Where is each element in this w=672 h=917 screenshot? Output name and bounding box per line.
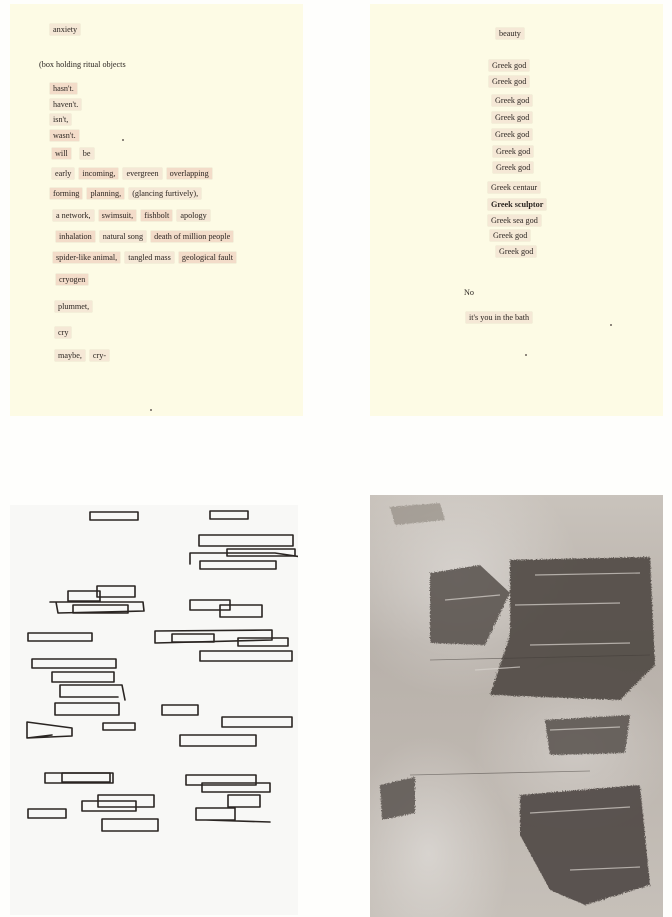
clip-greek-9: Greek sculptor: [488, 199, 549, 210]
clip-greek-1: Greek god: [489, 60, 532, 71]
charcoal-rubbing-page: [370, 495, 663, 917]
clip-line-12: cryogen: [56, 274, 91, 285]
clip-greek-10: Greek sea god: [488, 215, 544, 226]
paper-speck: [122, 139, 124, 141]
clip-greek-2: Greek god: [489, 76, 532, 87]
clip-greek-3: Greek god: [492, 95, 535, 106]
clip-line-15: maybe, cry-: [55, 350, 112, 361]
clip-greek-7: Greek god: [493, 162, 536, 173]
charcoal-hatching-drawing: [370, 495, 663, 917]
paper-speck: [525, 354, 527, 356]
anxiety-collage-page: anxiety (box holding ritual objects hasn…: [10, 4, 303, 416]
clip-line-8: forming planning, (glancing furtively),: [50, 188, 204, 199]
clip-greek-8: Greek centaur: [488, 182, 543, 193]
clip-line-10: inhalation natural song death of million…: [56, 231, 236, 242]
clip-greek-11: Greek god: [490, 230, 533, 241]
clip-greek-12: Greek god: [496, 246, 539, 257]
clip-line-2: hasn't.: [50, 83, 80, 94]
clip-its-you-in-the-bath: it's you in the bath: [466, 312, 535, 323]
clip-line-14: cry: [55, 327, 74, 338]
ink-rectangles-drawing: [10, 505, 298, 915]
clip-line-11: spider-like animal, tangled mass geologi…: [53, 252, 239, 263]
clip-line-9: a network, swimsuit, fishbolt apology: [53, 210, 213, 221]
clip-line-6: will be: [52, 148, 97, 159]
beauty-collage-page: beauty Greek god Greek god Greek god Gre…: [370, 4, 663, 416]
clip-line-4: isn't,: [50, 114, 74, 125]
clip-title-anxiety: anxiety: [50, 24, 83, 35]
clip-greek-4: Greek god: [492, 112, 535, 123]
clip-line-13: plummet,: [55, 301, 95, 312]
clip-greek-5: Greek god: [492, 129, 535, 140]
paper-speck: [610, 324, 612, 326]
clip-line-5: wasn't.: [50, 130, 82, 141]
clip-greek-6: Greek god: [493, 146, 536, 157]
clip-title-beauty: beauty: [496, 28, 527, 39]
clip-line-1: (box holding ritual objects: [39, 59, 126, 70]
clip-no: No: [464, 287, 474, 298]
clip-line-7: early incoming, evergreen overlapping: [52, 168, 215, 179]
paper-speck: [150, 409, 152, 411]
clip-line-3: haven't.: [50, 99, 84, 110]
pen-redaction-page: [10, 505, 298, 915]
